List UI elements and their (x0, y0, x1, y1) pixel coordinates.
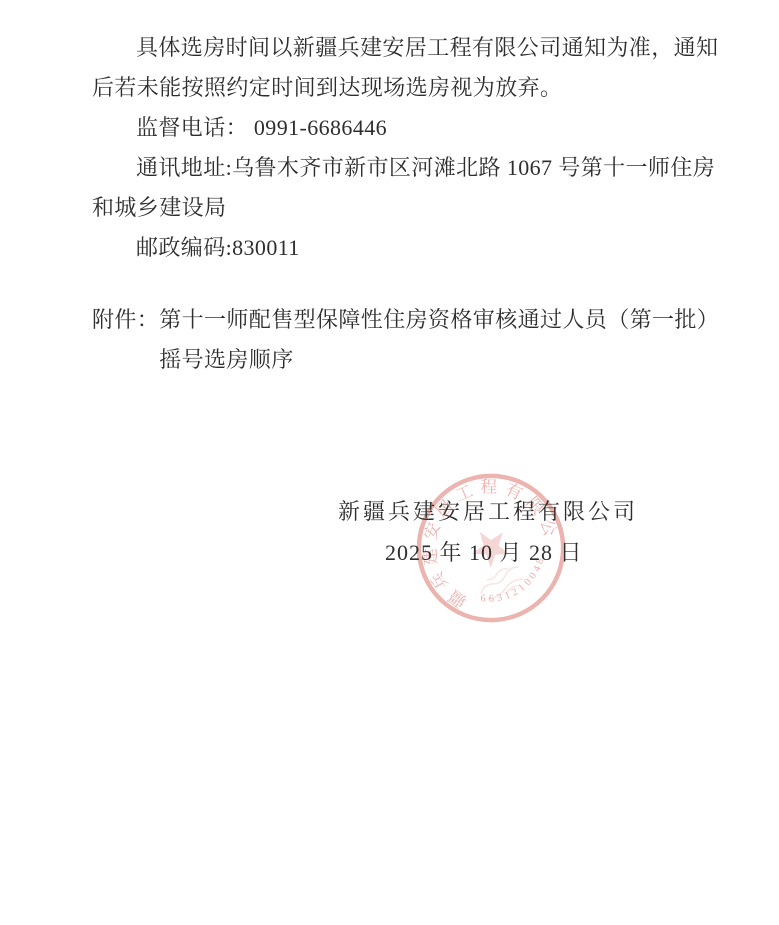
attachment-block: 附件： 第十一师配售型保障性住房资格审核通过人员（第一批） 摇号选房顺序 (92, 300, 689, 380)
address-line-1: 通讯地址:乌鲁木齐市新市区河滩北路 1067 号第十一师住房 (92, 148, 689, 188)
notice-line-2: 后若未能按照约定时间到达现场选房视为放弃。 (92, 68, 689, 108)
attachment-line-1: 第十一师配售型保障性住房资格审核通过人员（第一批） (159, 300, 719, 340)
address-block: 通讯地址:乌鲁木齐市新市区河滩北路 1067 号第十一师住房 和城乡建设局 (92, 148, 689, 228)
notice-line-1: 具体选房时间以新疆兵建安居工程有限公司通知为准，通知 (92, 28, 689, 68)
postcode-line: 邮政编码:830011 (92, 228, 689, 268)
paragraph-notice: 具体选房时间以新疆兵建安居工程有限公司通知为准，通知 后若未能按照约定时间到达现… (92, 28, 689, 108)
document-body: 具体选房时间以新疆兵建安居工程有限公司通知为准，通知 后若未能按照约定时间到达现… (92, 28, 689, 380)
address-line-2: 和城乡建设局 (92, 188, 689, 228)
signature-company: 新疆兵建安居工程有限公司 (338, 496, 638, 528)
document-page: 具体选房时间以新疆兵建安居工程有限公司通知为准，通知 后若未能按照约定时间到达现… (0, 0, 779, 925)
signature-date: 2025 年 10 月 28 日 (385, 537, 583, 569)
phone-line: 监督电话： 0991-6686446 (92, 108, 689, 148)
attachment-label: 附件： (92, 300, 159, 340)
attachment-line-2: 摇号选房顺序 (159, 340, 719, 380)
attachment-lines: 第十一师配售型保障性住房资格审核通过人员（第一批） 摇号选房顺序 (159, 300, 719, 380)
